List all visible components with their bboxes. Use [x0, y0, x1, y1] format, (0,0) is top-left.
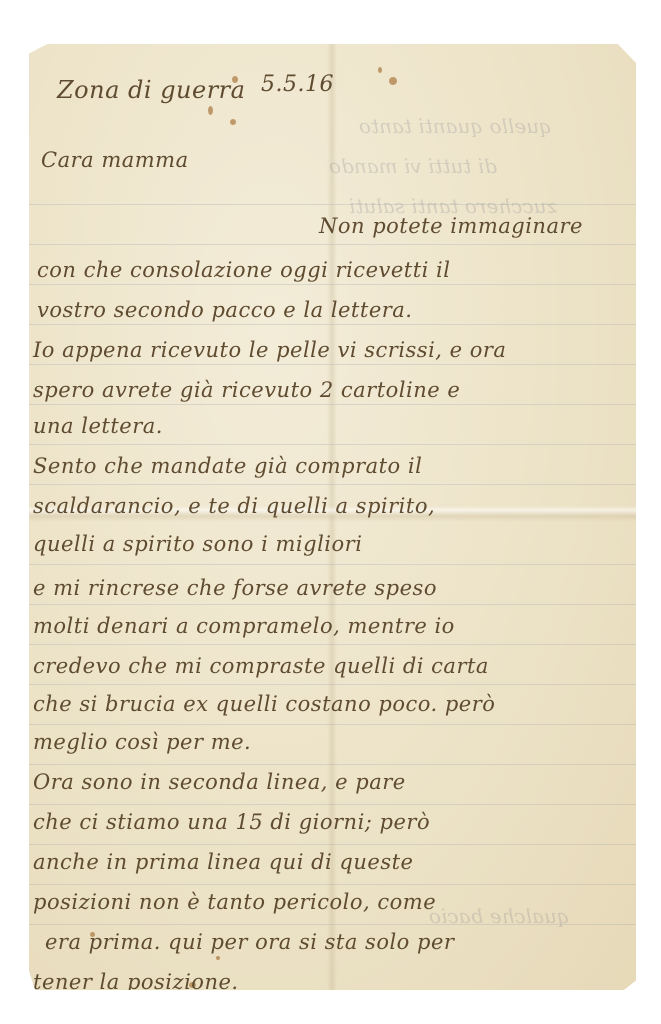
letter-paper: quello quanti tanto di tutti vi mando zu… — [29, 44, 636, 990]
ruled-line — [29, 644, 636, 645]
letter-line: e mi rincrese che forse avrete speso — [33, 576, 437, 600]
letter-line: meglio così per me. — [33, 730, 251, 754]
ruled-line — [29, 244, 636, 245]
letter-line: scaldarancio, e te di quelli a spirito, — [33, 494, 435, 518]
ink-stain — [230, 119, 236, 125]
bleed-through-text: qualche bacio — [429, 904, 570, 928]
ruled-line — [29, 484, 636, 485]
letter-line: posizioni non è tanto pericolo, come — [33, 890, 436, 914]
ruled-line — [29, 764, 636, 765]
letter-line: molti denari a compramelo, mentre io — [33, 614, 455, 638]
letter-line: credevo che mi compraste quelli di carta — [33, 654, 489, 678]
letter-line: tener la posizione. — [33, 970, 239, 994]
ruled-line — [29, 844, 636, 845]
letter-salutation: Cara mamma — [41, 148, 189, 172]
bleed-through-text: di tutti vi mando — [329, 154, 497, 178]
letter-line: una lettera. — [33, 414, 163, 438]
letter-line: Io appena ricevuto le pelle vi scrissi, … — [33, 338, 506, 362]
letter-date: 5.5.16 — [261, 72, 334, 97]
letter-place: Zona di guerra — [57, 76, 245, 104]
bleed-through-text: quello quanti tanto — [359, 114, 552, 138]
ruled-line — [29, 804, 636, 805]
ruled-line — [29, 364, 636, 365]
letter-line: Ora sono in seconda linea, e pare — [33, 770, 406, 794]
letter-line: spero avrete già ricevuto 2 cartoline e — [33, 378, 460, 402]
ruled-line — [29, 884, 636, 885]
letter-line: che si brucia ex quelli costano poco. pe… — [33, 692, 495, 716]
letter-line: anche in prima linea qui di queste — [33, 850, 413, 874]
ink-stain — [216, 956, 220, 960]
ink-stain — [378, 67, 382, 73]
ruled-line — [29, 444, 636, 445]
letter-line: Non potete immaginare — [319, 214, 583, 238]
ruled-line — [29, 324, 636, 325]
ink-stain — [208, 106, 213, 115]
letter-line: Sento che mandate già comprato il — [33, 454, 422, 478]
ruled-line — [29, 404, 636, 405]
ruled-line — [29, 284, 636, 285]
ruled-line — [29, 724, 636, 725]
letter-line: che ci stiamo una 15 di giorni; però — [33, 810, 430, 834]
letter-line: era prima. qui per ora si sta solo per — [45, 930, 454, 954]
ruled-line — [29, 604, 636, 605]
ruled-line — [29, 564, 636, 565]
ink-stain — [389, 77, 397, 85]
letter-line: vostro secondo pacco e la lettera. — [37, 298, 412, 322]
letter-line: quelli a spirito sono i migliori — [33, 532, 362, 556]
letter-line: con che consolazione oggi ricevetti il — [37, 258, 451, 282]
ruled-line — [29, 684, 636, 685]
